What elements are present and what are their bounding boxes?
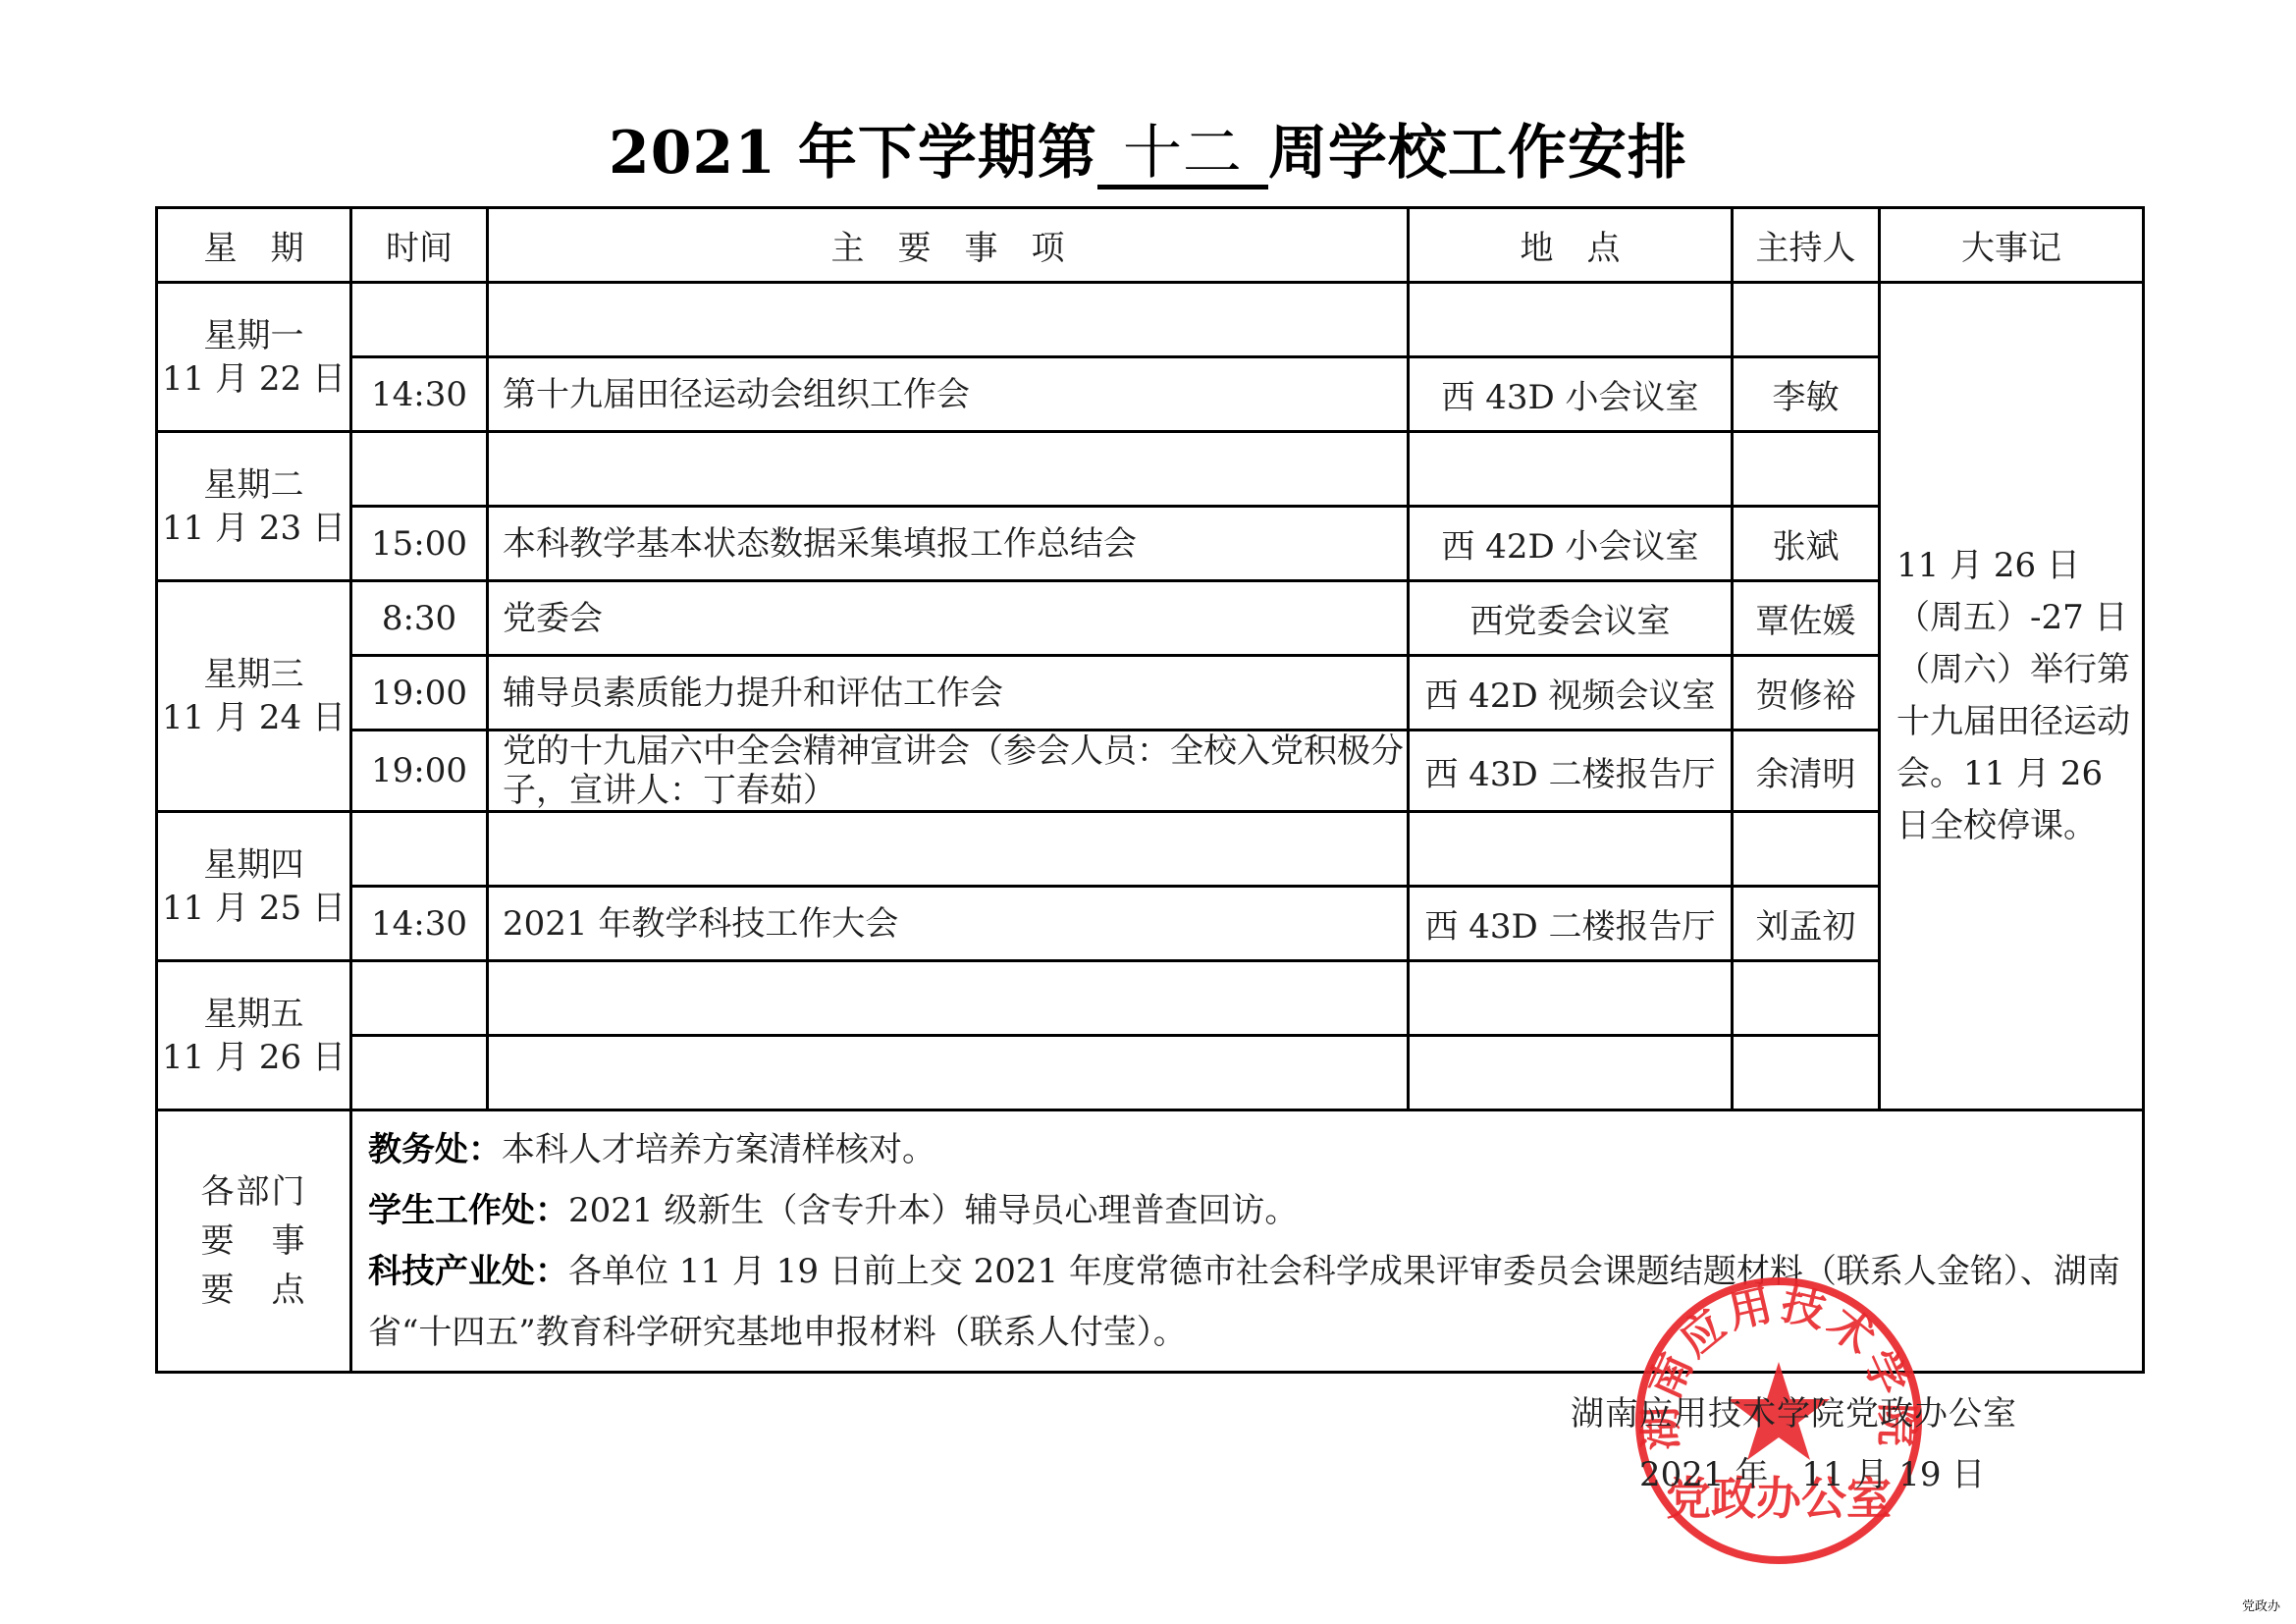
- location-cell: 西 42D 视频会议室: [1409, 656, 1733, 731]
- host-cell: [1733, 961, 1880, 1036]
- item-cell: 党的十九届六中全会精神宣讲会（参会人员：全校入党积极分子，宣讲人：丁春茹）: [488, 731, 1409, 812]
- header-events: 大事记: [1880, 208, 2144, 283]
- host-cell: [1733, 812, 1880, 887]
- time-cell: [351, 432, 488, 507]
- location-cell: 西 43D 二楼报告厅: [1409, 731, 1733, 812]
- issuing-office: 湖南应用技术学院党政办公室: [1571, 1386, 2017, 1435]
- time-cell: 19:00: [351, 731, 488, 812]
- dept-entry-academic-affairs: 教务处：本科人才培养方案清样核对。: [368, 1119, 2128, 1180]
- time-cell: 8:30: [351, 581, 488, 656]
- departments-label: 各部门 要 事 要 点: [157, 1110, 351, 1373]
- location-cell: 西 42D 小会议室: [1409, 507, 1733, 581]
- item-cell: [488, 961, 1409, 1036]
- dept-text: 本科人才培养方案清样核对。: [502, 1130, 935, 1169]
- table-row: 14:30 第十九届田径运动会组织工作会 西 43D 小会议室 李敏: [157, 357, 2144, 432]
- table-row: 星期三11 月 24 日 8:30 党委会 西党委会议室 覃佐媛: [157, 581, 2144, 656]
- location-cell: [1409, 283, 1733, 357]
- header-day: 星 期: [157, 208, 351, 283]
- location-cell: [1409, 812, 1733, 887]
- time-cell: 14:30: [351, 357, 488, 432]
- header-row: 星 期 时间 主 要 事 项 地 点 主持人 大事记: [157, 208, 2144, 283]
- item-cell: 辅导员素质能力提升和评估工作会: [488, 656, 1409, 731]
- dept-text: 2021 级新生（含专升本）辅导员心理普查回访。: [568, 1191, 1298, 1230]
- date-label: 11 月 26 日: [158, 1036, 349, 1079]
- time-cell: 15:00: [351, 507, 488, 581]
- item-cell: 2021 年教学科技工作大会: [488, 887, 1409, 961]
- table-row: [157, 1036, 2144, 1110]
- host-cell: 李敏: [1733, 357, 1880, 432]
- corner-label: 党政办: [2242, 1596, 2280, 1614]
- date-label: 11 月 24 日: [158, 696, 349, 739]
- weekday-label: 星期三: [158, 653, 349, 696]
- header-item: 主 要 事 项: [488, 208, 1409, 283]
- time-cell: [351, 961, 488, 1036]
- host-cell: [1733, 1036, 1880, 1110]
- dept-label-line: 各部门: [158, 1167, 349, 1217]
- day-cell-tuesday: 星期二11 月 23 日: [157, 432, 351, 581]
- host-cell: 覃佐媛: [1733, 581, 1880, 656]
- host-cell: 张斌: [1733, 507, 1880, 581]
- title-prefix: 2021 年下学期第: [609, 119, 1097, 188]
- location-cell: [1409, 961, 1733, 1036]
- item-cell: [488, 1036, 1409, 1110]
- dept-entry-student-affairs: 学生工作处：2021 级新生（含专升本）辅导员心理普查回访。: [368, 1180, 2128, 1241]
- time-cell: [351, 812, 488, 887]
- header-location: 地 点: [1409, 208, 1733, 283]
- weekday-label: 星期五: [158, 993, 349, 1036]
- issue-date: 2021 年 11 月 19 日: [1639, 1447, 1985, 1495]
- item-cell: [488, 432, 1409, 507]
- day-cell-friday: 星期五11 月 26 日: [157, 961, 351, 1110]
- item-cell: 党委会: [488, 581, 1409, 656]
- host-cell: 余清明: [1733, 731, 1880, 812]
- day-cell-wednesday: 星期三11 月 24 日: [157, 581, 351, 812]
- major-events-cell: 11 月 26 日（周五）-27 日（周六）举行第十九届田径运动会。11 月 2…: [1880, 283, 2144, 1110]
- title-week-number: 十二: [1097, 123, 1268, 189]
- location-cell: 西党委会议室: [1409, 581, 1733, 656]
- weekday-label: 星期四: [158, 843, 349, 887]
- item-cell: [488, 283, 1409, 357]
- page-title: 2021 年下学期第十二周学校工作安排: [0, 106, 2296, 190]
- item-cell: [488, 812, 1409, 887]
- item-cell: 第十九届田径运动会组织工作会: [488, 357, 1409, 432]
- host-cell: 贺修裕: [1733, 656, 1880, 731]
- dept-name: 学生工作处：: [368, 1191, 568, 1230]
- host-cell: 刘孟初: [1733, 887, 1880, 961]
- title-suffix: 周学校工作安排: [1268, 119, 1687, 188]
- table-row: 14:30 2021 年教学科技工作大会 西 43D 二楼报告厅 刘孟初: [157, 887, 2144, 961]
- date-label: 11 月 23 日: [158, 507, 349, 550]
- table-row: 星期一11 月 22 日 11 月 26 日（周五）-27 日（周六）举行第十九…: [157, 283, 2144, 357]
- table-row: 19:00 党的十九届六中全会精神宣讲会（参会人员：全校入党积极分子，宣讲人：丁…: [157, 731, 2144, 812]
- header-time: 时间: [351, 208, 488, 283]
- location-cell: 西 43D 小会议室: [1409, 357, 1733, 432]
- location-cell: 西 43D 二楼报告厅: [1409, 887, 1733, 961]
- date-label: 11 月 25 日: [158, 887, 349, 930]
- table-row: 星期五11 月 26 日: [157, 961, 2144, 1036]
- time-cell: [351, 283, 488, 357]
- day-cell-monday: 星期一11 月 22 日: [157, 283, 351, 432]
- host-cell: [1733, 432, 1880, 507]
- weekday-label: 星期二: [158, 463, 349, 507]
- location-cell: [1409, 432, 1733, 507]
- dept-label-line: 要 点: [158, 1266, 349, 1315]
- time-cell: 14:30: [351, 887, 488, 961]
- table-row: 星期四11 月 25 日: [157, 812, 2144, 887]
- weekday-label: 星期一: [158, 314, 349, 357]
- day-cell-thursday: 星期四11 月 25 日: [157, 812, 351, 961]
- date-label: 11 月 22 日: [158, 357, 349, 401]
- header-host: 主持人: [1733, 208, 1880, 283]
- table-row: 19:00 辅导员素质能力提升和评估工作会 西 42D 视频会议室 贺修裕: [157, 656, 2144, 731]
- table-row: 星期二11 月 23 日: [157, 432, 2144, 507]
- table-row: 15:00 本科教学基本状态数据采集填报工作总结会 西 42D 小会议室 张斌: [157, 507, 2144, 581]
- item-cell: 本科教学基本状态数据采集填报工作总结会: [488, 507, 1409, 581]
- time-cell: [351, 1036, 488, 1110]
- host-cell: [1733, 283, 1880, 357]
- time-cell: 19:00: [351, 656, 488, 731]
- dept-name: 教务处：: [368, 1130, 502, 1169]
- dept-name: 科技产业处：: [368, 1252, 568, 1291]
- location-cell: [1409, 1036, 1733, 1110]
- dept-label-line: 要 事: [158, 1217, 349, 1266]
- schedule-table: 星 期 时间 主 要 事 项 地 点 主持人 大事记 星期一11 月 22 日 …: [155, 206, 2145, 1374]
